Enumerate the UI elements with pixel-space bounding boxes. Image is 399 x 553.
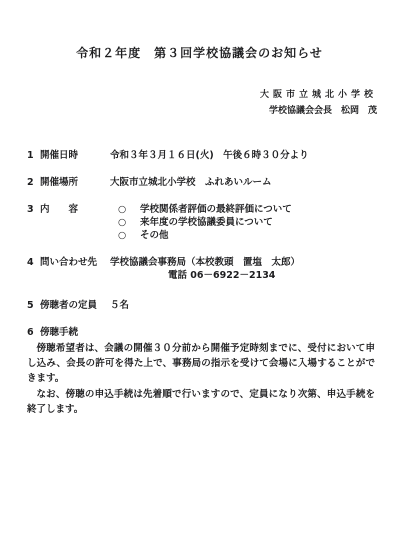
notice-item-place: 2 開催場所 大阪市立城北小学校 ふれあいルーム — [27, 176, 377, 189]
circle-bullet-icon: ○ — [118, 203, 140, 216]
notice-item-procedure-heading: 6 傍聴手続 — [27, 326, 377, 339]
agenda-bullet-text: その他 — [140, 229, 169, 242]
notice-items: 1 開催日時 令和３年３月１６日(火) 午後６時３０分より 2 開催場所 大阪市… — [0, 149, 399, 339]
contact-office: 学校協議会事務局（本校教頭 置塩 太郎） — [110, 256, 377, 269]
item-value: 令和３年３月１６日(火) 午後６時３０分より — [110, 149, 377, 162]
item-number: 3 — [27, 203, 40, 216]
notice-item-contact: 4 問い合わせ先 学校協議会事務局（本校教頭 置塩 太郎） 電話 06－6922… — [27, 256, 377, 282]
item-label: 問い合わせ先 — [40, 256, 110, 269]
procedure-text-block: 傍聴希望者は、会議の開催３０分前から開催予定時刻までに、受付において申し込み、会… — [0, 341, 399, 417]
item-label: 内 容 — [40, 203, 110, 216]
notice-document-page: 令和２年度 第３回学校協議会のお知らせ 大阪市立城北小学校 学校協議会会長 松岡… — [0, 0, 399, 553]
item-number: 6 — [27, 326, 40, 339]
procedure-paragraph-2: なお、傍聴の申込手続は先着順で行いますので、定員になり次第、申込手続を終了します… — [27, 387, 375, 417]
agenda-bullet-list: ○ 学校関係者評価の最終評価について ○ 来年度の学校協議委員について ○ その… — [110, 203, 377, 242]
agenda-bullet-text: 学校関係者評価の最終評価について — [140, 203, 292, 216]
notice-item-agenda: 3 内 容 ○ 学校関係者評価の最終評価について ○ 来年度の学校協議委員につい… — [27, 203, 377, 242]
sender-block: 大阪市立城北小学校 学校協議会会長 松岡 茂 — [0, 87, 399, 119]
sender-chair-name: 学校協議会会長 松岡 茂 — [0, 103, 377, 119]
item-value: 大阪市立城北小学校 ふれあいルーム — [110, 176, 377, 189]
document-title: 令和２年度 第３回学校協議会のお知らせ — [0, 0, 399, 61]
procedure-paragraph-1: 傍聴希望者は、会議の開催３０分前から開催予定時刻までに、受付において申し込み、会… — [27, 341, 375, 386]
item-label: 開催場所 — [40, 176, 110, 189]
agenda-bullet-text: 来年度の学校協議委員について — [140, 216, 273, 229]
item-label: 傍聴者の定員 — [40, 299, 110, 312]
item-value: ５名 — [110, 299, 377, 312]
circle-bullet-icon: ○ — [118, 229, 140, 242]
circle-bullet-icon: ○ — [118, 216, 140, 229]
sender-school-name: 大阪市立城北小学校 — [0, 87, 377, 103]
notice-item-datetime: 1 開催日時 令和３年３月１６日(火) 午後６時３０分より — [27, 149, 377, 162]
item-number: 4 — [27, 256, 40, 269]
item-number: 2 — [27, 176, 40, 189]
item-number: 1 — [27, 149, 40, 162]
agenda-bullet-item: ○ その他 — [118, 229, 377, 242]
agenda-bullet-item: ○ 来年度の学校協議委員について — [118, 216, 377, 229]
item-label: 傍聴手続 — [40, 326, 110, 339]
item-label: 開催日時 — [40, 149, 110, 162]
item-number: 5 — [27, 299, 40, 312]
agenda-bullet-item: ○ 学校関係者評価の最終評価について — [118, 203, 377, 216]
notice-item-capacity: 5 傍聴者の定員 ５名 — [27, 299, 377, 312]
contact-phone-number: 電話 06－6922－2134 — [168, 269, 377, 282]
